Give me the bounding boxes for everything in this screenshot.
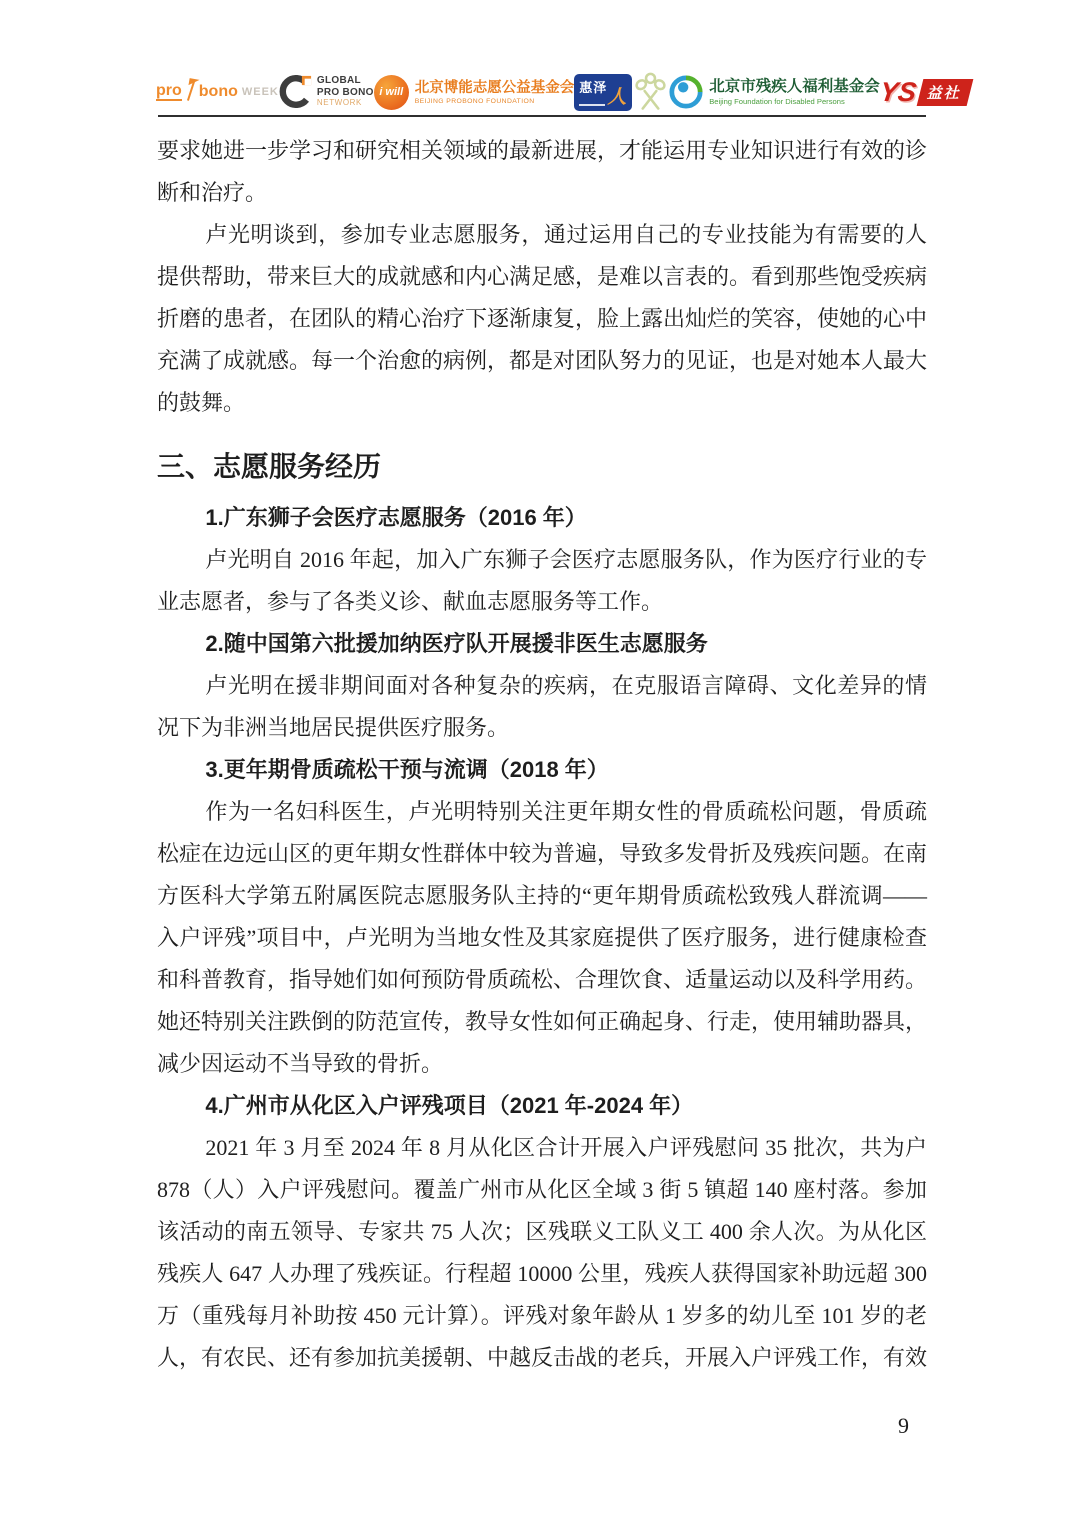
global-pro-bono-line2: PRO BONO	[317, 87, 374, 99]
global-pro-bono-c-icon	[279, 75, 312, 108]
paragraph: 作为一名妇科医生，卢光明特别关注更年期女性的骨质疏松问题，骨质疏松症在边远山区的…	[157, 791, 927, 1085]
yishe-logo: YS 益社	[880, 77, 970, 108]
beijing-probono-cn: 北京博能志愿公益基金会	[415, 79, 575, 97]
huizeren-underline	[579, 104, 605, 106]
paragraph-continuation: 要求她进一步学习和研究相关领域的最新进展，才能运用专业知识进行有效的诊断和治疗。	[157, 130, 927, 214]
document-body: 要求她进一步学习和研究相关领域的最新进展，才能运用专业知识进行有效的诊断和治疗。…	[157, 130, 927, 1379]
global-pro-bono-network-logo: GLOBAL PRO BONO NETWORK	[279, 75, 374, 108]
iwill-badge-icon: i will	[374, 75, 409, 110]
bfdp-swirl-icon	[669, 75, 703, 109]
bfdp-en: Beijing Foundation for Disabled Persons	[709, 97, 880, 106]
partner-logos-header: pro bono WEEK GLOBAL PRO BONO NETWORK i …	[156, 68, 928, 116]
paragraph: 卢光明在援非期间面对各种复杂的疾病，在克服语言障碍、文化差异的情况下为非洲当地居…	[157, 665, 927, 749]
subsection-heading-3: 3.更年期骨质疏松干预与流调（2018 年）	[157, 749, 927, 791]
global-pro-bono-text: GLOBAL PRO BONO NETWORK	[317, 75, 374, 108]
yishe-cn-badge: 益社	[916, 79, 973, 106]
global-pro-bono-line3: NETWORK	[317, 98, 374, 108]
beijing-probono-text: 北京博能志愿公益基金会 BEIJING PROBONO FOUNDATION	[415, 79, 575, 104]
global-pro-bono-line1: GLOBAL	[317, 75, 374, 87]
paragraph: 卢光明自 2016 年起，加入广东狮子会医疗志愿服务队，作为医疗行业的专业志愿者…	[157, 539, 927, 623]
huizeren-ren: 人	[607, 82, 626, 109]
paragraph: 卢光明谈到，参加专业志愿服务，通过运用自己的专业技能为有需要的人提供帮助，带来巨…	[157, 214, 927, 424]
header-divider	[158, 115, 926, 117]
huizeren-logo: 惠泽 人	[574, 74, 632, 111]
subsection-heading-4: 4.广州市从化区入户评残项目（2021 年-2024 年）	[157, 1085, 927, 1127]
paragraph: 2021 年 3 月至 2024 年 8 月从化区合计开展入户评残慰问 35 批…	[157, 1127, 927, 1379]
page-number: 9	[898, 1411, 909, 1441]
document-page: pro bono WEEK GLOBAL PRO BONO NETWORK i …	[0, 0, 1080, 1527]
dancing-person-icon	[632, 71, 669, 113]
bfdp-text: 北京市残疾人福利基金会 Beijing Foundation for Disab…	[709, 78, 880, 106]
huizeren-badge: 惠泽 人	[574, 74, 632, 111]
pro-bono-week-logo: pro bono WEEK	[156, 81, 279, 103]
pro-bono-week-pro: pro	[156, 83, 182, 102]
beijing-probono-en: BEIJING PROBONO FOUNDATION	[415, 98, 575, 105]
pro-bono-week-bono: bono	[199, 83, 238, 101]
bfdp-logo: 北京市残疾人福利基金会 Beijing Foundation for Disab…	[669, 75, 880, 109]
huizeren-cn: 惠泽	[579, 80, 607, 95]
section-heading: 三、志愿服务经历	[157, 447, 927, 487]
flag-icon	[185, 81, 197, 103]
beijing-probono-foundation-logo: i will 北京博能志愿公益基金会 BEIJING PROBONO FOUND…	[374, 75, 575, 110]
yishe-ys-mark: YS	[878, 77, 918, 108]
bfdp-cn: 北京市残疾人福利基金会	[709, 78, 880, 97]
pro-bono-week-week: WEEK	[242, 86, 279, 98]
subsection-heading-1: 1.广东狮子会医疗志愿服务（2016 年）	[157, 497, 927, 539]
subsection-heading-2: 2.随中国第六批援加纳医疗队开展援非医生志愿服务	[157, 623, 927, 665]
